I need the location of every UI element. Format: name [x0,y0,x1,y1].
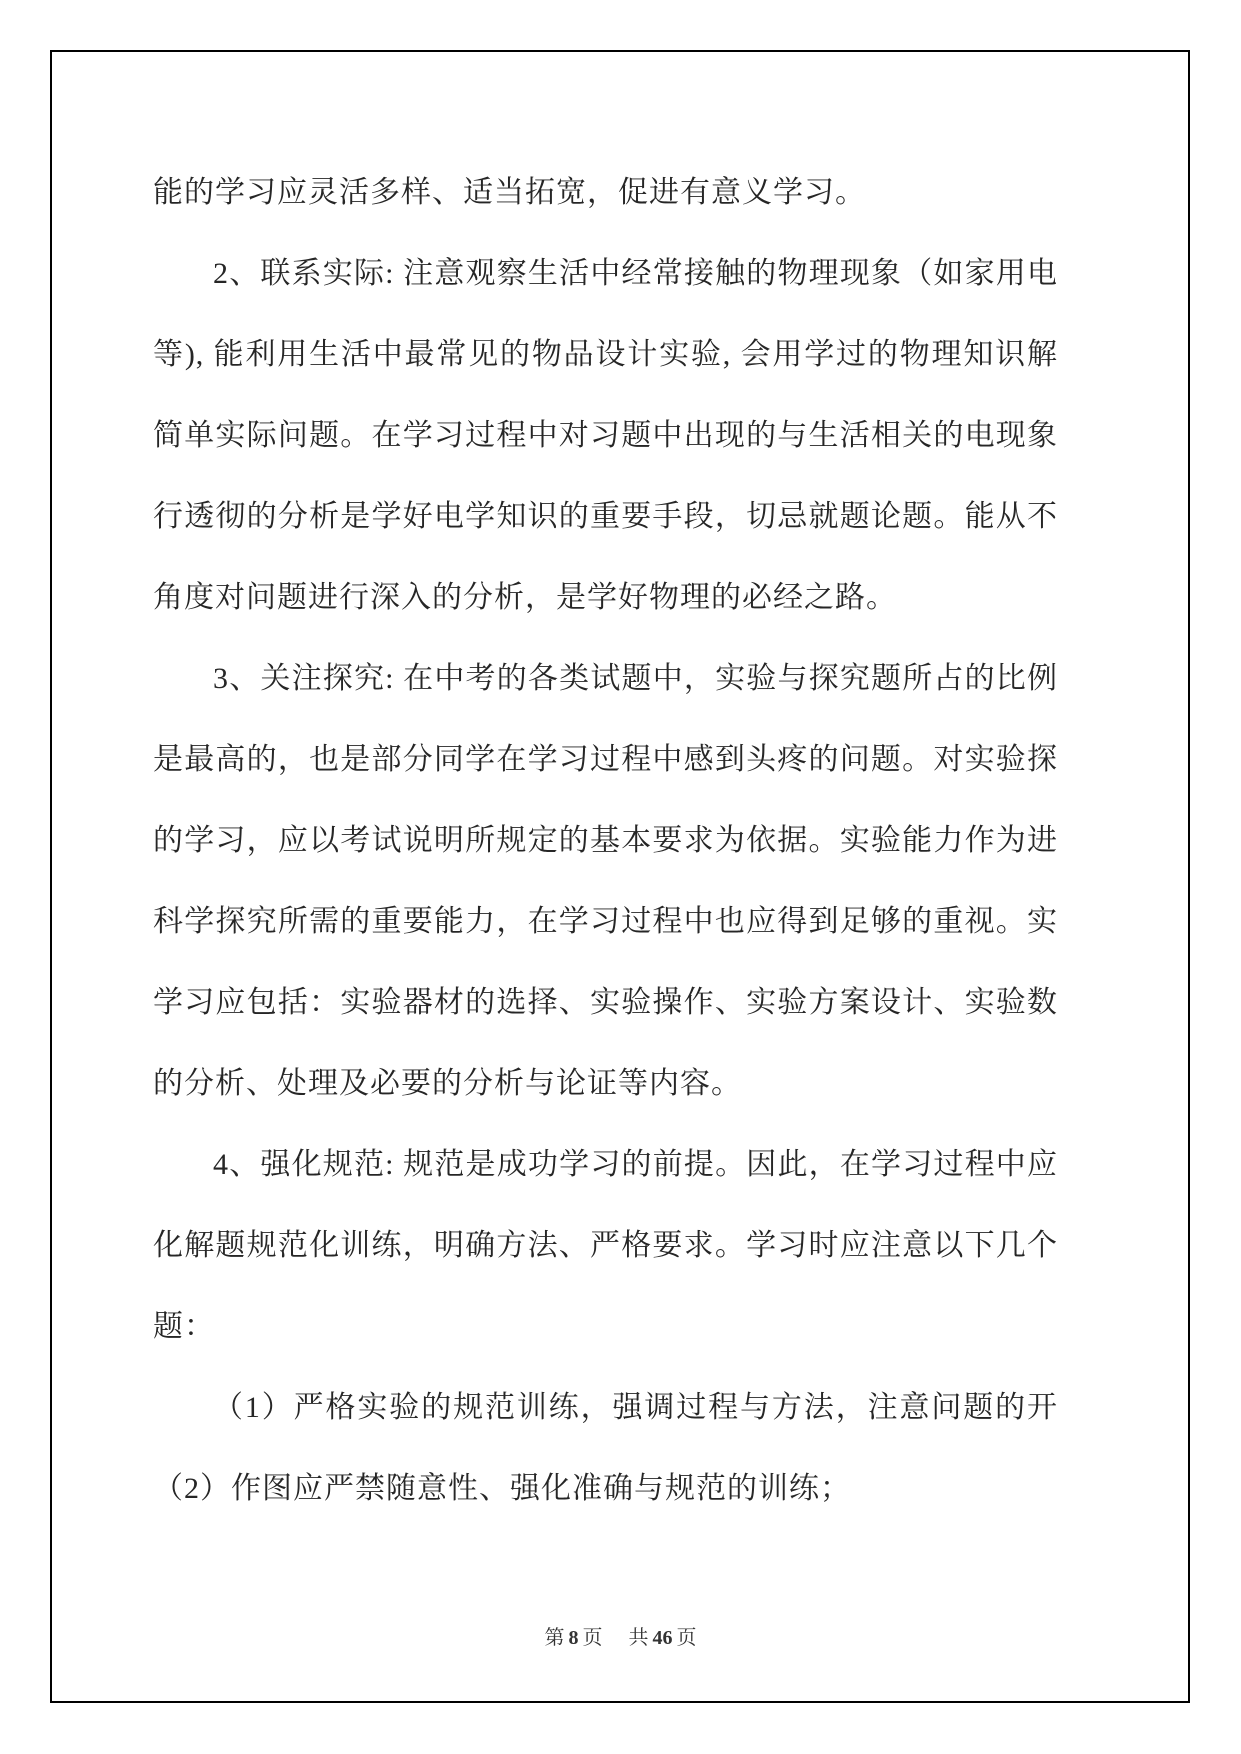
text-line: 简单实际问题。在学习过程中对习题中出现的与生活相关的电现象进 [153,395,1058,476]
text-line: 是最高的，也是部分同学在学习过程中感到头疼的问题。对实验探究 [153,719,1058,800]
text-line: 学习应包括：实验器材的选择、实验操作、实验方案设计、实验数据 [153,962,1058,1043]
text-line: 化解题规范化训练，明确方法、严格要求。学习时应注意以下几个问 [153,1205,1058,1286]
text-line: 能的学习应灵活多样、适当拓宽，促进有意义学习。 [153,152,1058,233]
text-line: 题： [153,1286,1058,1367]
text-line: 4、强化规范: 规范是成功学习的前提。因此，在学习过程中应强 [153,1124,1058,1205]
text-line: （2）作图应严禁随意性、强化准确与规范的训练； [153,1448,1058,1529]
text-line: 3、关注探究: 在中考的各类试题中，实验与探究题所占的比例既 [153,638,1058,719]
text-line: 的学习，应以考试说明所规定的基本要求为依据。实验能力作为进行 [153,800,1058,881]
text-line: 2、联系实际: 注意观察生活中经常接触的物理现象（如家用电器 [153,233,1058,314]
footer-total-number: 46 [653,1627,673,1649]
footer-page-number: 8 [569,1627,579,1649]
text-line: 科学探究所需的重要能力，在学习过程中也应得到足够的重视。实验 [153,881,1058,962]
text-line: 行透彻的分析是学好电学知识的重要手段，切忌就题论题。能从不同 [153,476,1058,557]
text-line: 角度对问题进行深入的分析，是学好物理的必经之路。 [153,557,1058,638]
footer-page-label: 第 [545,1627,565,1649]
text-line: 等), 能利用生活中最常见的物品设计实验, 会用学过的物理知识解决 [153,314,1058,395]
text-line: 的分析、处理及必要的分析与论证等内容。 [153,1043,1058,1124]
footer-total-unit: 页 [677,1627,697,1649]
footer-page-unit: 页 [583,1627,603,1649]
body-text: 能的学习应灵活多样、适当拓宽，促进有意义学习。2、联系实际: 注意观察生活中经常… [153,152,1058,1529]
footer-total-label: 共 [629,1627,649,1649]
page-footer: 第8页共46页 [0,1622,1241,1654]
text-line: （1）严格实验的规范训练，强调过程与方法，注意问题的开放性; [153,1367,1058,1448]
